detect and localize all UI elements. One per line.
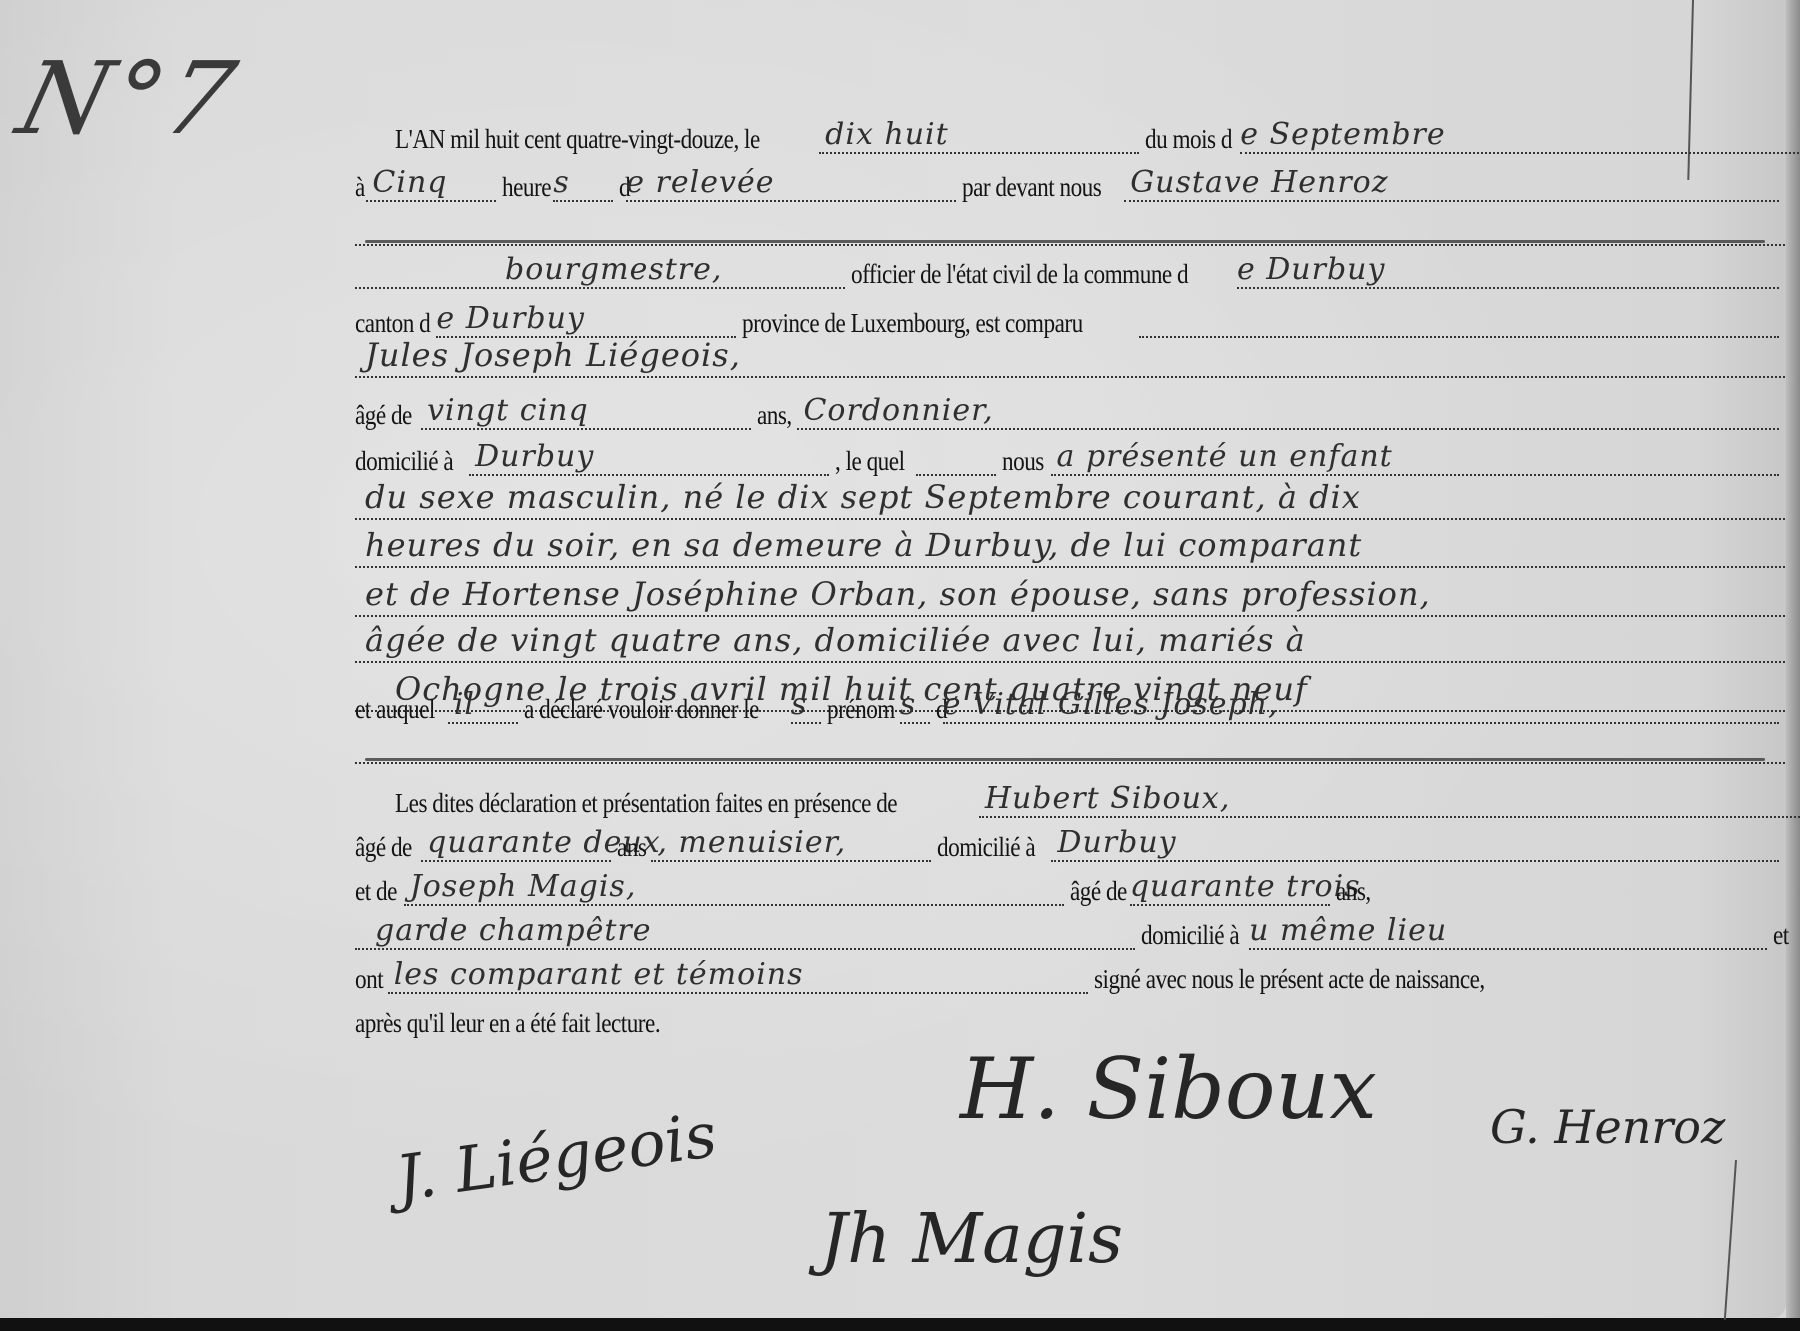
witness2-domicile-field: u même lieu <box>1249 918 1767 950</box>
witness2-age-field: quarante trois <box>1130 874 1330 906</box>
printed-text: , le quel <box>835 446 905 476</box>
presented-field: a présenté un enfant <box>1051 444 1779 476</box>
form-line-mother: et de Hortense Joséphine Orban, son épou… <box>355 577 1785 617</box>
officer-title-field: bourgmestre, <box>355 257 845 289</box>
declarant-name: Jules Joseph Liégeois, <box>365 336 741 374</box>
form-line-mother-age: âgée de vingt quatre ans, domiciliée ave… <box>355 623 1785 663</box>
declarant-domicile-field: Durbuy <box>469 444 829 476</box>
printed-text: et auquel <box>355 694 435 724</box>
signers-field: les comparant et témoins <box>388 962 1088 994</box>
form-line-witness1-details: âgé de quarante deux ans , menuisier, do… <box>355 826 1785 862</box>
page-number: N°7 <box>7 40 249 157</box>
printed-text: du mois d <box>1145 124 1232 154</box>
printed-text: a déclaré vouloir donner le <box>524 694 759 724</box>
printed-text: L'AN mil huit cent quatre-vingt-douze, l… <box>395 124 760 154</box>
declarant-age-field: vingt cinq <box>421 398 751 430</box>
form-line-domicile: domicilié à Durbuy , le quel nous a prés… <box>355 440 1785 476</box>
printed-text: par devant nous <box>962 172 1101 202</box>
canton-field: e Durbuy <box>436 306 736 338</box>
witness2-name-field: Joseph Magis, <box>404 874 1064 906</box>
printed-text: canton d <box>355 308 430 338</box>
form-line-canton: canton d e Durbuy province de Luxembourg… <box>355 302 1785 338</box>
signature-witness1: H. Siboux <box>960 1040 1377 1138</box>
form-line-date: L'AN mil huit cent quatre-vingt-douze, l… <box>395 118 1800 154</box>
commune-field: e Durbuy <box>1237 257 1779 289</box>
form-line-birth-details-2: heures du soir, en sa demeure à Durbuy, … <box>355 528 1785 568</box>
witness1-profession-field: , menuisier, <box>651 830 931 862</box>
month-field: e Septembre <box>1240 122 1800 154</box>
child-names-field: e Vital Gilles Joseph, <box>943 692 1779 724</box>
page-edge-bottom <box>0 1318 1800 1331</box>
printed-text: Les dites déclaration et présentation fa… <box>395 788 897 818</box>
printed-text: domicilié à <box>937 832 1035 862</box>
form-line-declarant: Jules Joseph Liégeois, <box>355 338 1785 378</box>
printed-text: ans, <box>757 400 792 430</box>
printed-text: nous <box>1002 446 1044 476</box>
form-line-witness2: et de Joseph Magis, âgé de quarante troi… <box>355 870 1785 906</box>
form-line-birth-details-1: du sexe masculin, né le dix sept Septemb… <box>355 480 1785 520</box>
form-line-signed: ont les comparant et témoins signé avec … <box>355 958 1785 994</box>
printed-text: et <box>1773 920 1789 950</box>
plural-field: s <box>900 692 930 724</box>
form-line-witnesses: Les dites déclaration et présentation fa… <box>395 782 1800 818</box>
printed-text: ans, <box>1336 876 1371 906</box>
printed-text: domicilié à <box>1141 920 1239 950</box>
struck-blank-line <box>355 762 1785 764</box>
officer-name-field: Gustave Henroz <box>1124 170 1779 202</box>
printed-text: signé avec nous le présent acte de naiss… <box>1094 964 1485 994</box>
signature-witness2: Jh Magis <box>820 1200 1123 1279</box>
printed-text: à <box>355 172 365 202</box>
page-edge-right <box>1786 0 1800 1331</box>
printed-text: et de <box>355 876 397 906</box>
struck-blank-line <box>355 244 1785 246</box>
printed-text: province de Luxembourg, est comparu <box>742 308 1083 338</box>
hour-plural-field: s <box>553 170 613 202</box>
period-field: e relevée <box>626 170 956 202</box>
plural-field: s <box>791 692 821 724</box>
form-line-time: à Cinq heure s d e relevée par devant no… <box>355 166 1785 202</box>
form-line-officer: bourgmestre, officier de l'état civil de… <box>355 253 1785 289</box>
form-line-age: âgé de vingt cinq ans, Cordonnier, <box>355 394 1785 430</box>
pronoun-field: il <box>448 692 518 724</box>
form-line-given-names: et auquel il a déclaré vouloir donner le… <box>355 688 1785 724</box>
printed-text: heure <box>502 172 551 202</box>
signature-officer: G. Henroz <box>1490 1100 1725 1154</box>
form-line-witness2-details: garde champêtre domicilié à u même lieu … <box>355 914 1785 950</box>
day-field: dix huit <box>819 122 1139 154</box>
printed-text: officier de l'état civil de la commune d <box>851 259 1188 289</box>
printed-text: ans <box>617 832 646 862</box>
printed-text: âgé de <box>1070 876 1127 906</box>
form-line-reading: après qu'il leur en a été fait lecture. <box>355 1002 1785 1038</box>
printed-text: ont <box>355 964 383 994</box>
printed-text: âgé de <box>355 400 412 430</box>
hour-field: Cinq <box>366 170 496 202</box>
blank-field <box>1139 306 1779 338</box>
witness1-age-field: quarante deux <box>421 830 611 862</box>
witness1-name-field: Hubert Siboux, <box>979 786 1800 818</box>
witness1-domicile-field: Durbuy <box>1051 830 1779 862</box>
declarant-profession-field: Cordonnier, <box>797 398 1779 430</box>
printed-text: après qu'il leur en a été fait lecture. <box>355 1008 660 1038</box>
printed-text: prénom <box>827 694 895 724</box>
printed-text: domicilié à <box>355 446 453 476</box>
blank-field <box>916 444 996 476</box>
printed-text: âgé de <box>355 832 412 862</box>
witness2-profession-field: garde champêtre <box>355 918 1135 950</box>
